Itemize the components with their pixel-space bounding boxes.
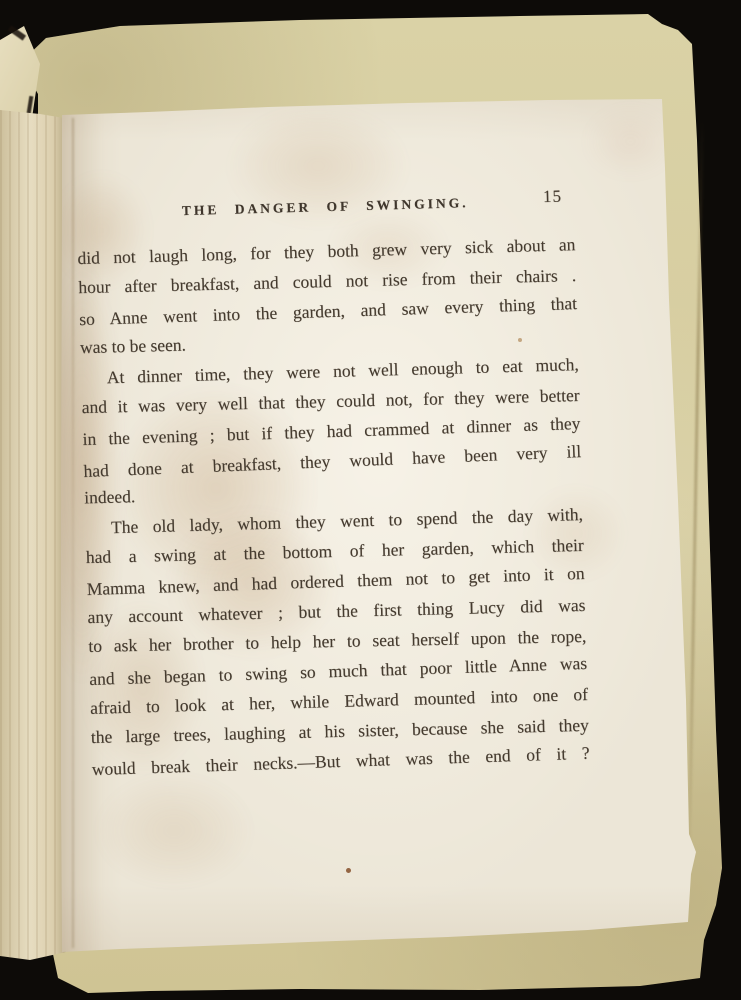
stain bbox=[94, 773, 254, 888]
page-number: 15 bbox=[543, 186, 563, 207]
body-text: did not laugh long, for they both grew v… bbox=[77, 229, 590, 783]
paragraph: The old lady, whom they went to spend th… bbox=[85, 499, 590, 783]
paragraph: did not laugh long, for they both grew v… bbox=[77, 229, 578, 363]
ink-speck bbox=[346, 868, 351, 873]
gutter-leaf-edges bbox=[0, 104, 66, 962]
paragraph: At dinner time, they were not well enoug… bbox=[80, 349, 582, 513]
scan-background: THE DANGER OF SWINGING. 15 did not laugh… bbox=[0, 0, 741, 1000]
printed-content: THE DANGER OF SWINGING. 15 did not laugh… bbox=[76, 191, 590, 783]
